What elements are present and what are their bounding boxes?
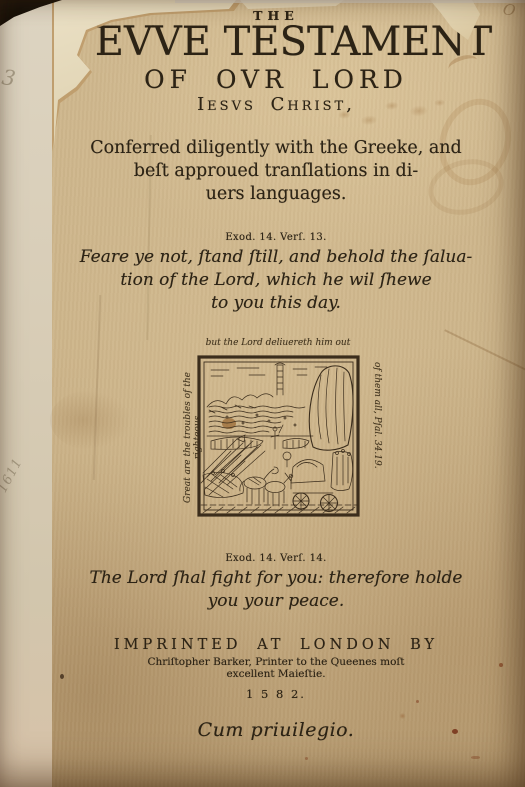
privilege-notice: Cum priuilegio. <box>58 719 494 741</box>
title-main-line: NEVVE TESTAMENT <box>58 19 494 65</box>
torn-away-letter: N <box>60 19 95 65</box>
verse-quote-2: The Lord ſhal fight for you: therefore h… <box>58 567 494 613</box>
verse-reference-2: Exod. 14. Verſ. 14. <box>58 553 494 564</box>
verse-line: The Lord ſhal fight for you: therefore h… <box>58 567 494 590</box>
woodcut-caption-right: of them all, Pſal. 34.19. <box>372 362 382 512</box>
facing-page <box>0 0 52 787</box>
page-top-edge <box>175 0 525 3</box>
title-main-visible: EVVE TESTAMENT <box>95 19 492 65</box>
verse-line: you your peace. <box>58 590 494 613</box>
book-title-page-photo: 3 1611 O THE NEVVE TESTAMENT OF OVR LORD… <box>0 0 525 787</box>
verse-line: tion of the Lord, which he wil ſhewe <box>58 269 494 292</box>
verse-reference-1: Exod. 14. Verſ. 13. <box>58 232 494 243</box>
red-sea-crossing-woodcut <box>197 355 360 517</box>
subtitle-line: beſt approued tranſlations in di- <box>58 160 494 183</box>
subtitle-line: Conferred diligently with the Greeke, an… <box>58 137 494 160</box>
foxing-spot <box>305 757 308 760</box>
imprint-line-1: IMPRINTED AT LONDON BY <box>58 637 494 653</box>
woodcut-illustration <box>197 355 360 517</box>
subtitle-line: uers languages. <box>58 183 494 206</box>
foxing-spot <box>471 756 480 759</box>
title-line-jesus-christ: Iesvs Christ, <box>58 94 494 115</box>
subtitle-block: Conferred diligently with the Greeke, an… <box>58 137 494 206</box>
imprint-year: 1 5 8 2. <box>58 687 494 701</box>
imprint-line-3: excellent Maieſtie. <box>58 668 494 680</box>
woodcut-caption-top: but the Lord deliuereth him out <box>180 338 376 348</box>
imprint-line-2: Chriſtopher Barker, Printer to the Queen… <box>58 656 494 668</box>
verse-line: Feare ye not, ſtand ſtill, and behold th… <box>58 246 494 269</box>
foxing-spot <box>499 663 503 667</box>
title-line-of-our-lord: OF OVR LORD <box>58 65 494 94</box>
verse-line: to you this day. <box>58 292 494 315</box>
verse-quote-1: Feare ye not, ſtand ſtill, and behold th… <box>58 246 494 315</box>
